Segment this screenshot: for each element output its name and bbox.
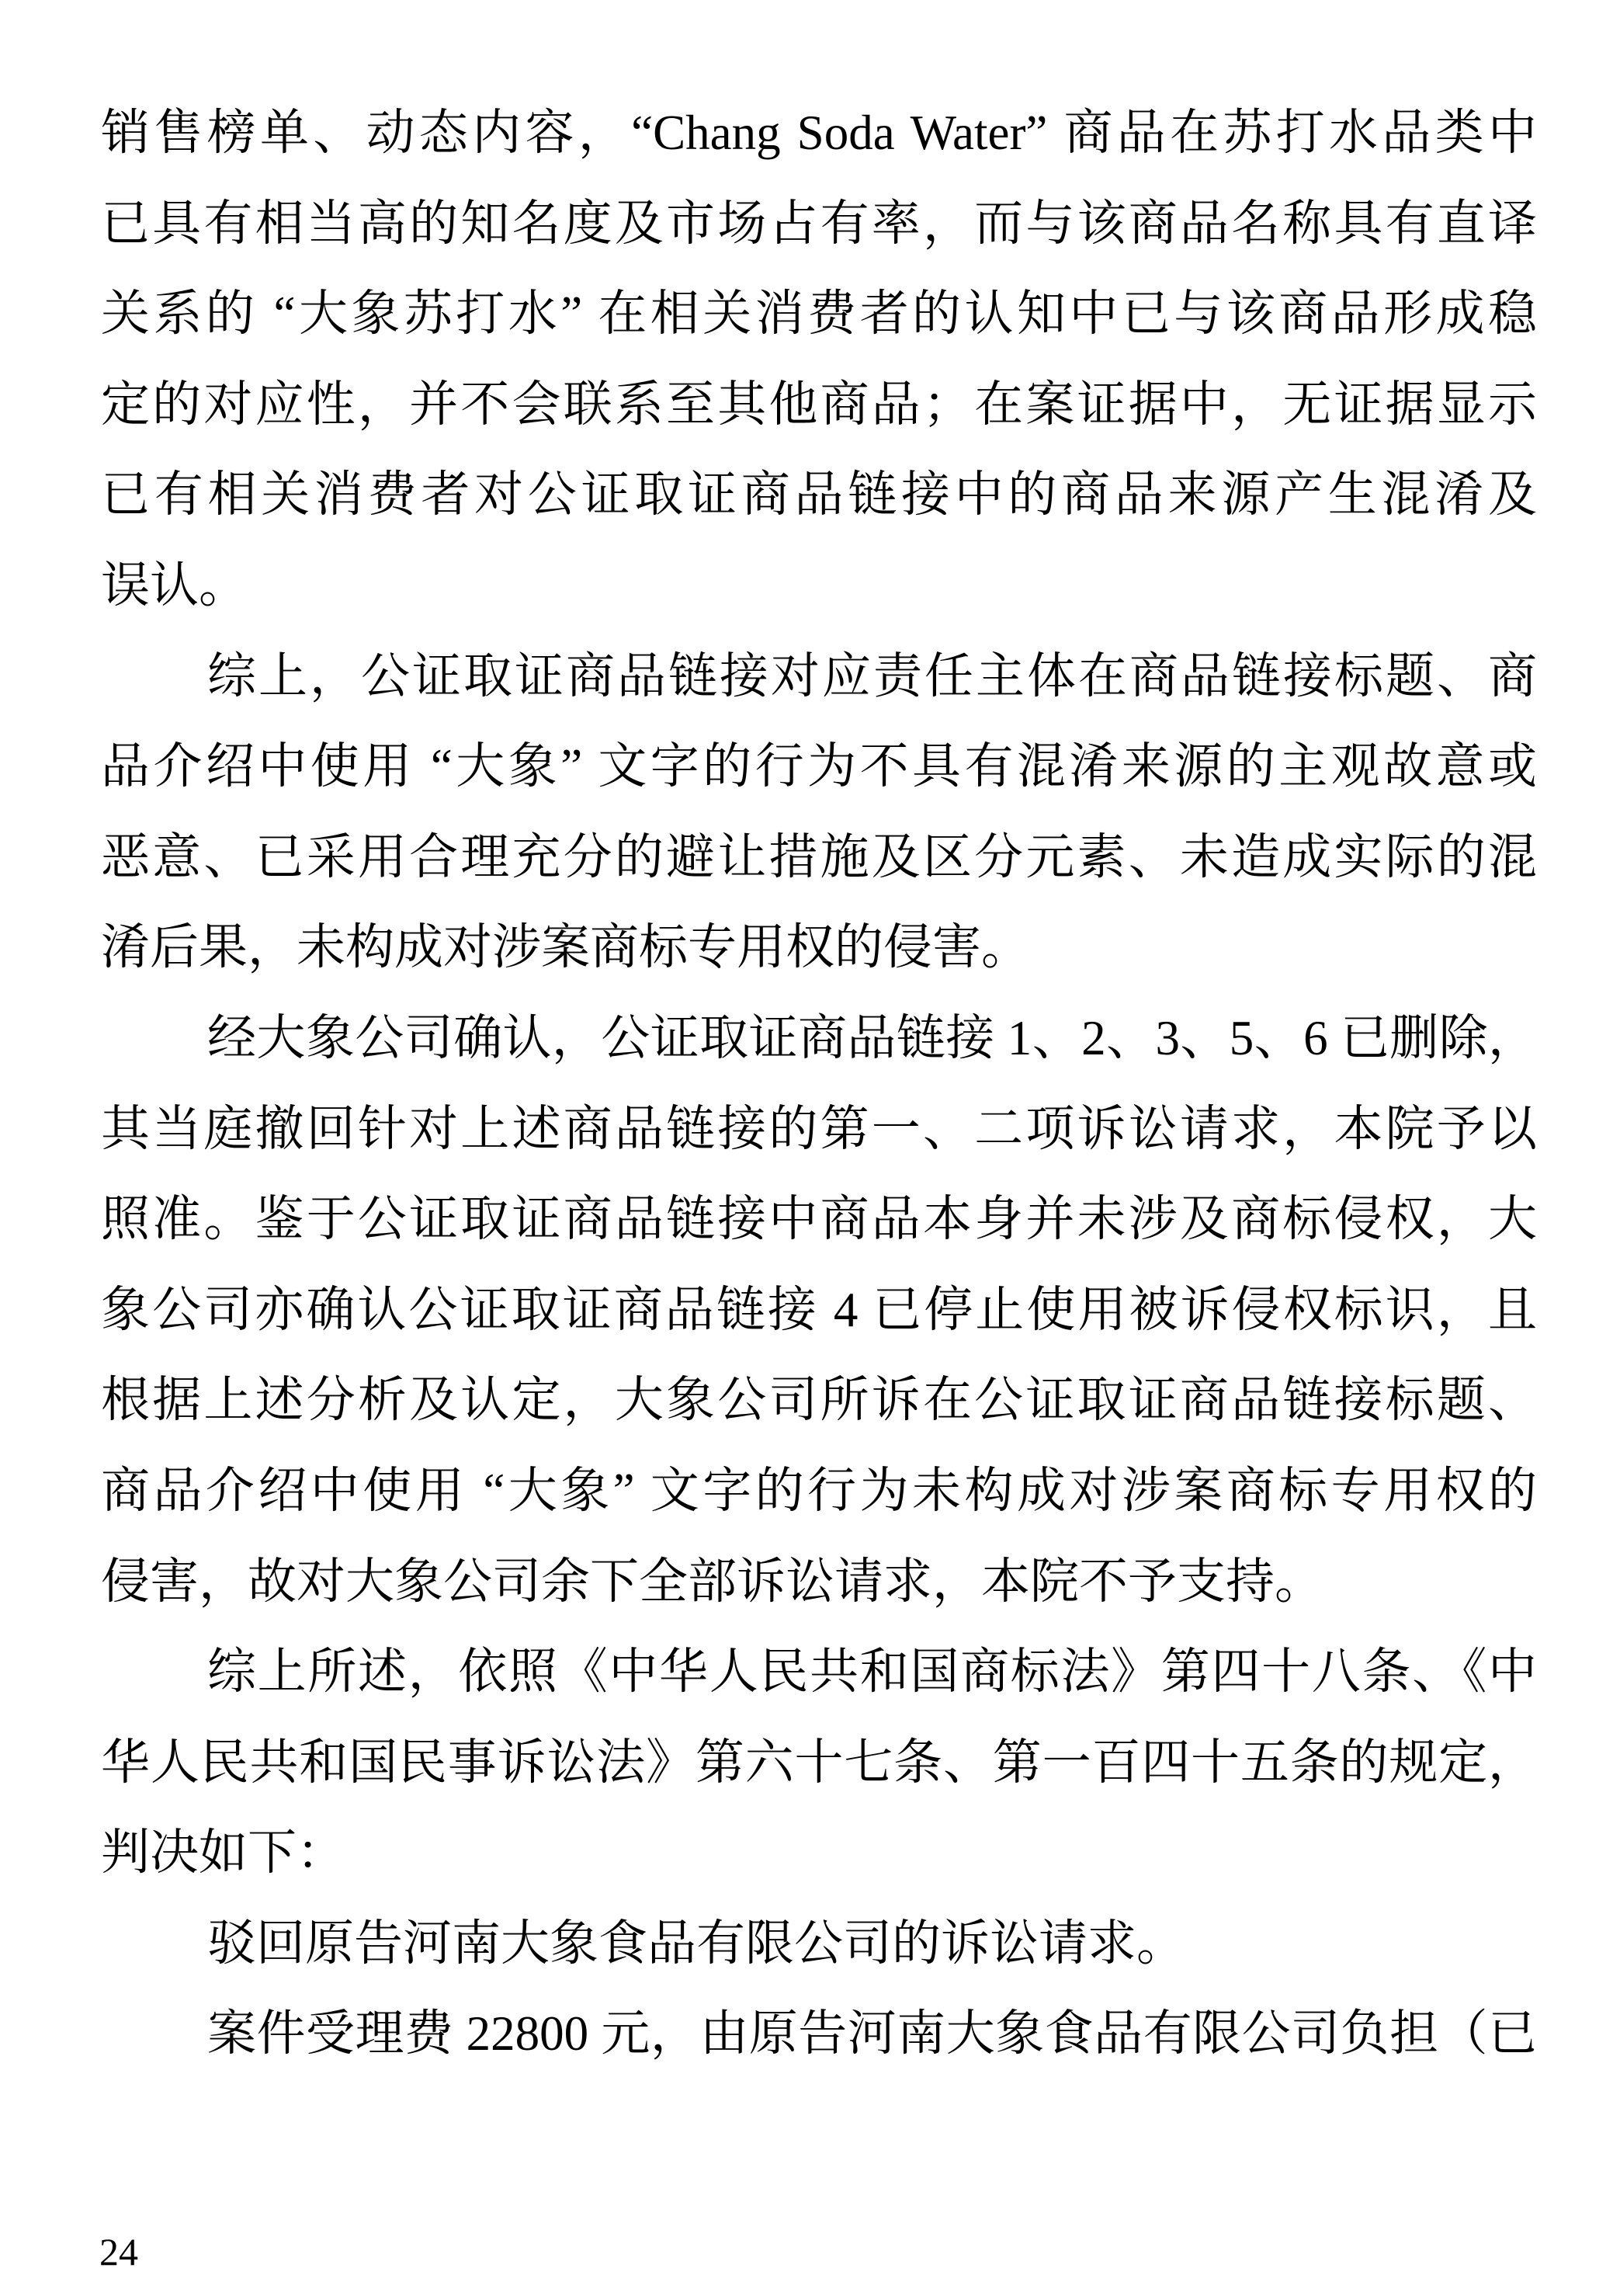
text-line: 关系的 “大象苏打水” 在相关消费者的认知中已与该商品形成稳 [101, 269, 1537, 360]
text-line: 案件受理费 22800 元，由原告河南大象食品有限公司负担（已 [101, 1989, 1537, 2079]
text-line: 象公司亦确认公证取证商品链接 4 已停止使用被诉侵权标识，且 [101, 1265, 1537, 1356]
paragraph-2: 综上，公证取证商品链接对应责任主体在商品链接标题、商 品介绍中使用 “大象” 文… [101, 631, 1537, 993]
document-body: 销售榜单、动态内容，“Chang Soda Water” 商品在苏打水品类中 已… [101, 88, 1537, 2079]
text-line: 恶意、已采用合理充分的避让措施及区分元素、未造成实际的混 [101, 812, 1537, 903]
text-line: 已有相关消费者对公证取证商品链接中的商品来源产生混淆及 [101, 450, 1537, 540]
text-line: 其当庭撤回针对上述商品链接的第一、二项诉讼请求，本院予以 [101, 1084, 1537, 1175]
text-line: 已具有相当高的知名度及市场占有率，而与该商品名称具有直译 [101, 179, 1537, 269]
page-number: 24 [99, 2230, 138, 2273]
text-line: 定的对应性，并不会联系至其他商品；在案证据中，无证据显示 [101, 360, 1537, 450]
paragraph-4: 综上所述，依照《中华人民共和国商标法》第四十八条、《中 华人民共和国民事诉讼法》… [101, 1627, 1537, 1898]
text-line: 淆后果，未构成对涉案商标专用权的侵害。 [101, 902, 1537, 993]
text-line: 华人民共和国民事诉讼法》第六十七条、第一百四十五条的规定， [101, 1718, 1537, 1808]
text-line: 品介绍中使用 “大象” 文字的行为不具有混淆来源的主观故意或 [101, 721, 1537, 812]
text-line: 根据上述分析及认定，大象公司所诉在公证取证商品链接标题、 [101, 1355, 1537, 1446]
text-line: 驳回原告河南大象食品有限公司的诉讼请求。 [101, 1898, 1537, 1989]
text-line: 综上，公证取证商品链接对应责任主体在商品链接标题、商 [101, 631, 1537, 722]
paragraph-5-judgment: 驳回原告河南大象食品有限公司的诉讼请求。 [101, 1898, 1537, 1989]
text-line: 误认。 [101, 540, 1537, 631]
text-line: 综上所述，依照《中华人民共和国商标法》第四十八条、《中 [101, 1627, 1537, 1718]
paragraph-1: 销售榜单、动态内容，“Chang Soda Water” 商品在苏打水品类中 已… [101, 88, 1537, 631]
paragraph-6-fees: 案件受理费 22800 元，由原告河南大象食品有限公司负担（已 [101, 1989, 1537, 2079]
paragraph-3: 经大象公司确认，公证取证商品链接 1、2、3、5、6 已删除， 其当庭撤回针对上… [101, 993, 1537, 1627]
text-line: 销售榜单、动态内容，“Chang Soda Water” 商品在苏打水品类中 [101, 88, 1537, 179]
text-line: 照准。鉴于公证取证商品链接中商品本身并未涉及商标侵权，大 [101, 1174, 1537, 1265]
text-line: 商品介绍中使用 “大象” 文字的行为未构成对涉案商标专用权的 [101, 1446, 1537, 1537]
text-line: 侵害，故对大象公司余下全部诉讼请求，本院不予支持。 [101, 1537, 1537, 1627]
text-line: 判决如下： [101, 1808, 1537, 1898]
text-line: 经大象公司确认，公证取证商品链接 1、2、3、5、6 已删除， [101, 993, 1537, 1084]
